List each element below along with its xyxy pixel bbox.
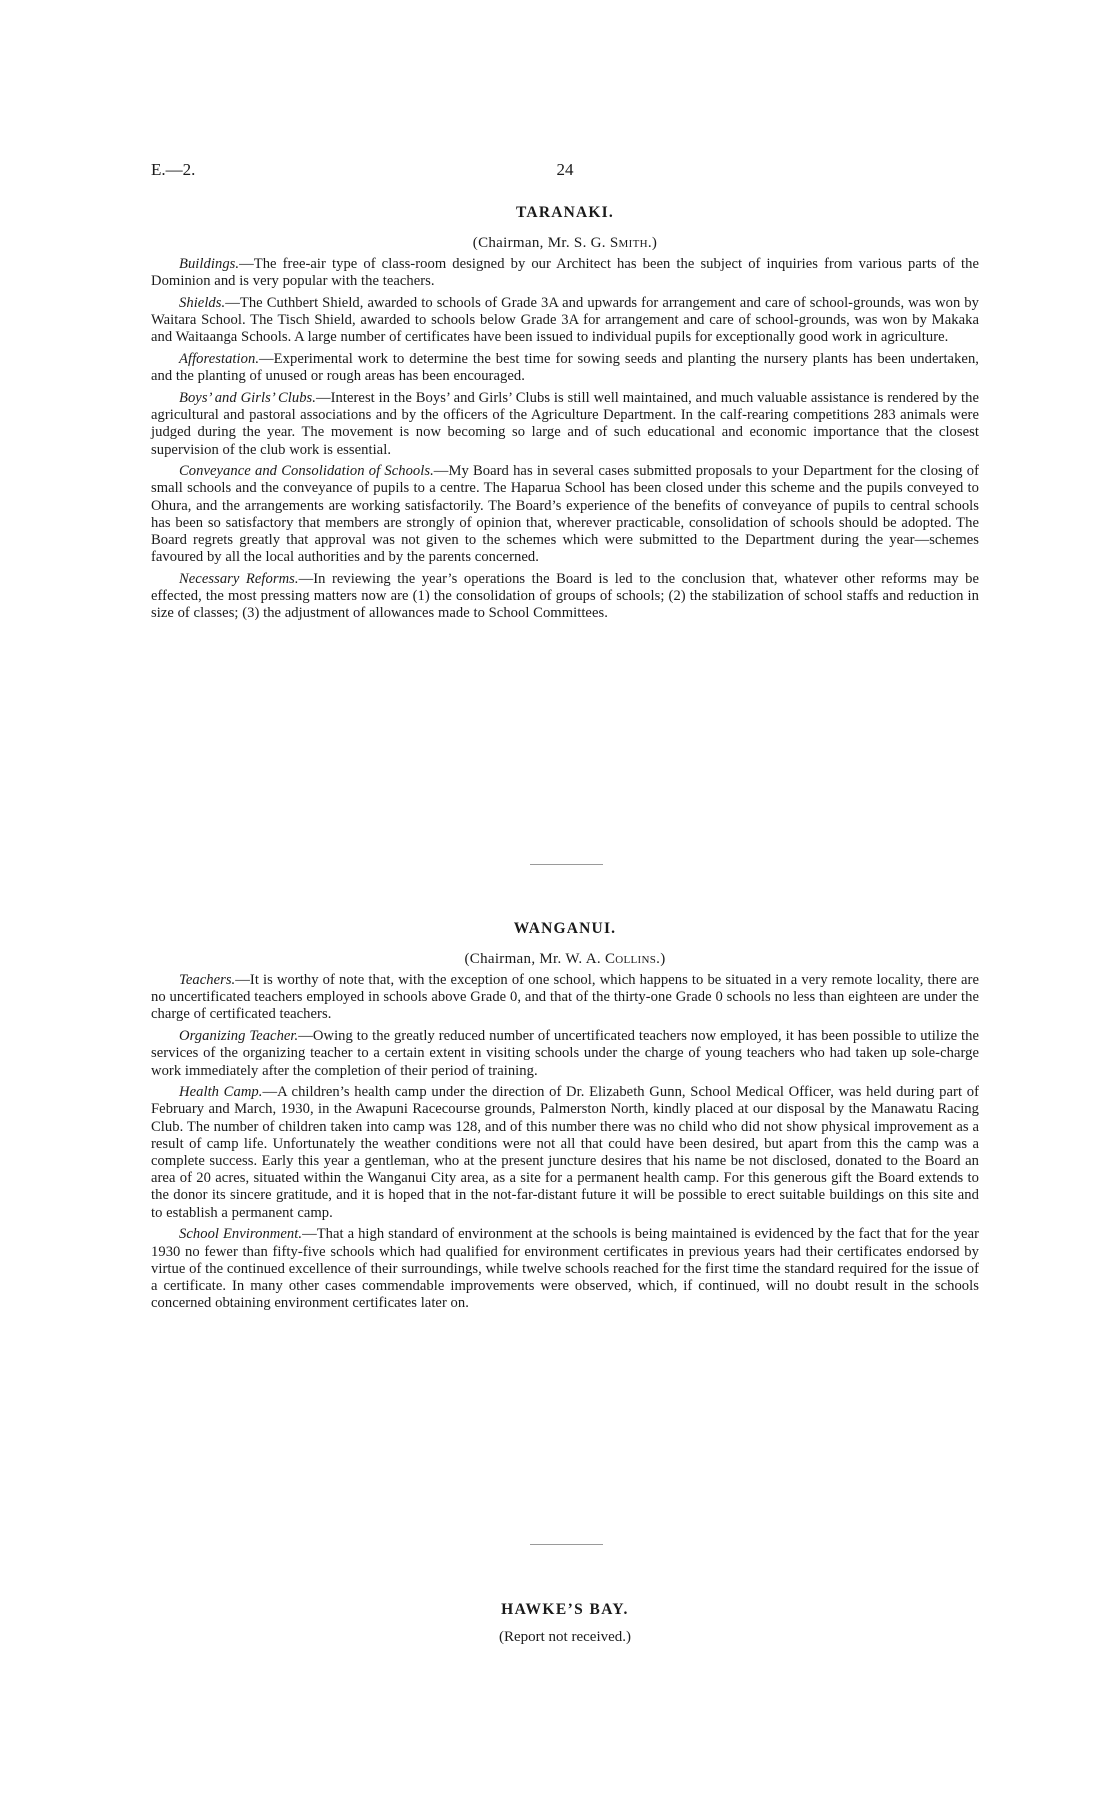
paragraph-buildings: Buildings.—The free-air type of class-ro… xyxy=(151,256,979,290)
section-hawkes-bay: HAWKE’S BAY. (Report not received.) xyxy=(151,1600,979,1646)
paragraph-heading: Organizing Teacher. xyxy=(179,1028,298,1044)
paragraph-school-environment: School Environment.—That a high standard… xyxy=(151,1226,979,1312)
paragraph-shields: Shields.—The Cuthbert Shield, awarded to… xyxy=(151,295,979,347)
paragraph-heading: School Environment. xyxy=(179,1226,302,1242)
paragraph-clubs: Boys’ and Girls’ Clubs.—Interest in the … xyxy=(151,390,979,459)
section-divider xyxy=(530,864,603,865)
chairman-name: Collins xyxy=(605,951,656,967)
paragraph-reforms: Necessary Reforms.—In reviewing the year… xyxy=(151,571,979,623)
page-number: 24 xyxy=(151,160,979,180)
chairman-prefix: (Chairman, Mr. W. A. xyxy=(464,951,604,967)
paragraph-heading: Necessary Reforms. xyxy=(179,571,299,587)
paragraph-teachers: Teachers.—It is worthy of note that, wit… xyxy=(151,972,979,1024)
paragraph-conveyance: Conveyance and Consolidation of Schools.… xyxy=(151,463,979,566)
paragraph-health-camp: Health Camp.—A children’s health camp un… xyxy=(151,1084,979,1222)
paragraph-text: —Experimental work to determine the best… xyxy=(151,351,979,384)
paragraph-heading: Health Camp. xyxy=(179,1084,262,1100)
paragraph-afforestation: Afforestation.—Experimental work to dete… xyxy=(151,351,979,385)
section-title: WANGANUI. xyxy=(151,919,979,939)
paragraph-heading: Conveyance and Consolidation of Schools. xyxy=(179,463,434,479)
paragraph-text: —A children’s health camp under the dire… xyxy=(151,1084,979,1220)
section-wanganui: WANGANUI. (Chairman, Mr. W. A. Collins.)… xyxy=(151,919,979,1317)
paragraph-heading: Afforestation. xyxy=(179,351,259,367)
paragraph-text: —The free-air type of class-room designe… xyxy=(151,256,979,289)
chairman-suffix: .) xyxy=(656,951,665,967)
section-taranaki: TARANAKI. (Chairman, Mr. S. G. Smith.) B… xyxy=(151,203,979,627)
report-status-note: (Report not received.) xyxy=(151,1628,979,1646)
chairman-line: (Chairman, Mr. W. A. Collins.) xyxy=(151,950,979,968)
section-divider xyxy=(530,1544,603,1545)
paragraph-heading: Teachers. xyxy=(179,972,235,988)
chairman-name: Smith xyxy=(610,235,648,251)
paragraph-heading: Buildings. xyxy=(179,256,239,272)
chairman-prefix: (Chairman, Mr. S. G. xyxy=(473,235,610,251)
page-header: E.—2. 24 xyxy=(151,160,979,182)
section-title: TARANAKI. xyxy=(151,203,979,223)
paragraph-text: —The Cuthbert Shield, awarded to schools… xyxy=(151,295,979,345)
chairman-suffix: .) xyxy=(648,235,657,251)
paragraph-heading: Shields. xyxy=(179,295,225,311)
chairman-line: (Chairman, Mr. S. G. Smith.) xyxy=(151,234,979,252)
section-title: HAWKE’S BAY. xyxy=(151,1600,979,1620)
paragraph-text: —It is worthy of note that, with the exc… xyxy=(151,972,979,1022)
paragraph-organizing-teacher: Organizing Teacher.—Owing to the greatly… xyxy=(151,1028,979,1080)
paragraph-heading: Boys’ and Girls’ Clubs. xyxy=(179,390,316,406)
